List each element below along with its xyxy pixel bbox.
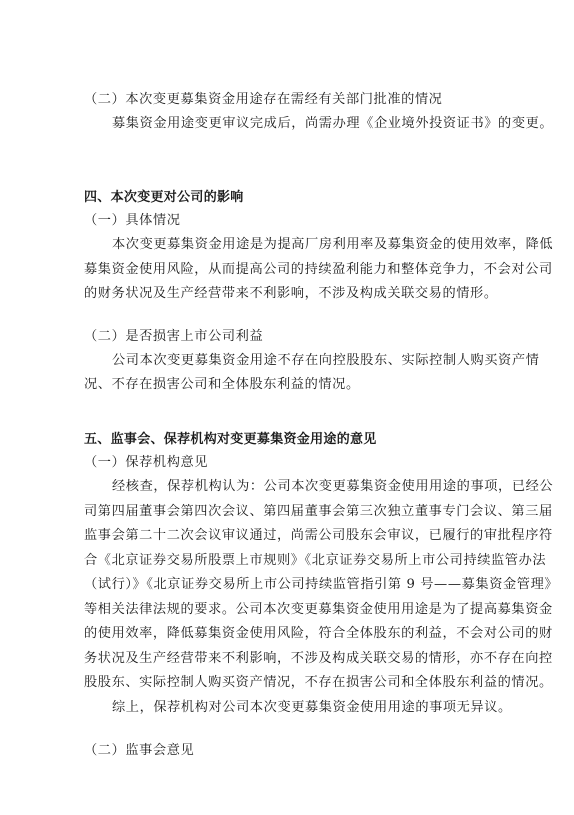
paragraph-line: 况、不存在损害公司和全体股东利益的情况。 [84, 373, 488, 398]
subsection-heading: （一）具体情况 [84, 209, 488, 234]
paragraph-line: 的使用效率，降低募集资金使用风险，符合全体股东的利益，不会对公司的财 [84, 622, 488, 647]
paragraph-line: 公司本次变更募集资金用途不存在向控股股东、实际控制人购买资产情 [112, 349, 488, 374]
paragraph-line: 募集资金使用风险，从而提高公司的持续盈利能力和整体竞争力，不会对公司 [84, 258, 488, 283]
subsection-heading: （二）本次变更募集资金用途存在需经有关部门批准的情况 [84, 88, 488, 113]
paragraph-line: 股股东、实际控制人购买资产情况，不存在损害公司和全体股东利益的情况。 [84, 671, 488, 696]
paragraph-line: 等相关法律法规的要求。公司本次变更募集资金使用用途是为了提高募集资金 [84, 598, 488, 623]
paragraph-line: 务状况及生产经营带来不利影响，不涉及构成关联交易的情形，亦不存在向控 [84, 647, 488, 672]
paragraph-line: （试行）》《北京证券交易所上市公司持续监管指引第 9 号——募集资金管理》 [84, 573, 488, 598]
paragraph-line: 本次变更募集资金用途是为提高厂房利用率及募集资金的使用效率，降低 [112, 233, 488, 258]
paragraph-line: 监事会第二十二次会议审议通过，尚需公司股东会审议，已履行的审批程序符 [84, 524, 488, 549]
subsection-heading: （一）保荐机构意见 [84, 451, 488, 476]
paragraph-line: 募集资金用途变更审议完成后，尚需办理《企业境外投资证书》的变更。 [112, 112, 488, 137]
paragraph-line: 经核查，保荐机构认为：公司本次变更募集资金使用用途的事项，已经公 [112, 475, 488, 500]
subsection-heading: （二）监事会意见 [84, 739, 488, 764]
section-heading: 四、本次变更对公司的影响 [84, 186, 488, 211]
paragraph-line: 综上，保荐机构对公司本次变更募集资金使用用途的事项无异议。 [112, 696, 488, 721]
paragraph-line: 的财务状况及生产经营带来不利影响，不涉及构成关联交易的情形。 [84, 282, 488, 307]
subsection-heading: （二）是否损害上市公司利益 [84, 325, 488, 350]
paragraph-line: 合《北京证券交易所股票上市规则》《北京证券交易所上市公司持续监管办法 [84, 549, 488, 574]
section-heading: 五、监事会、保荐机构对变更募集资金用途的意见 [84, 428, 488, 453]
paragraph-line: 司第四届董事会第四次会议、第四届董事会第三次独立董事专门会议、第三届 [84, 500, 488, 525]
document-page: （二）本次变更募集资金用途存在需经有关部门批准的情况 募集资金用途变更审议完成后… [0, 0, 574, 815]
